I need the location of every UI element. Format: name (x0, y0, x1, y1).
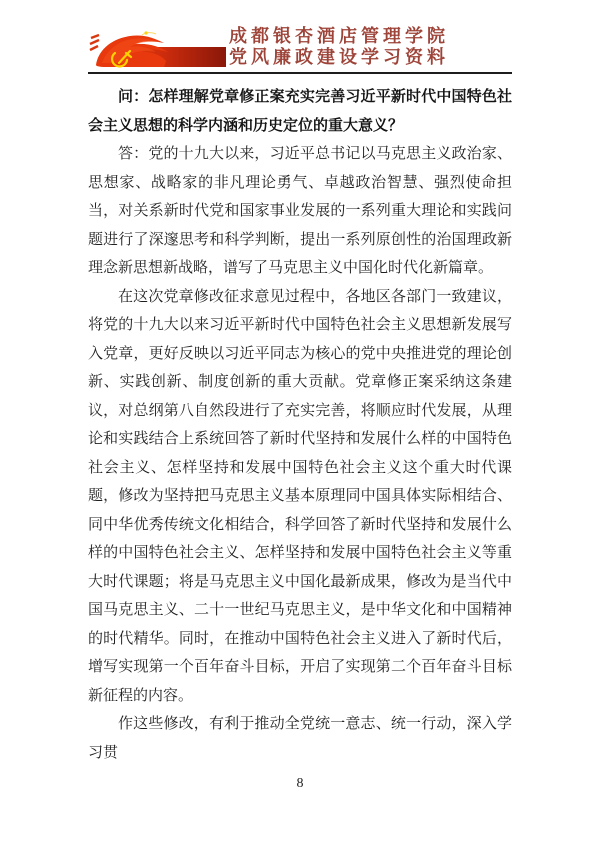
org-name: 成都银杏酒店管理学院 (229, 26, 449, 47)
header-divider (88, 72, 512, 74)
question-heading: 问：怎样理解党章修正案充实完善习近平新时代中国特色社会主义思想的科学内涵和历史定… (88, 83, 512, 140)
document-body: 问：怎样理解党章修正案充实完善习近平新时代中国特色社会主义思想的科学内涵和历史定… (88, 83, 512, 767)
answer-paragraph: 在这次党章修改征求意见过程中，各地区各部门一致建议，将党的十九大以来习近平新时代… (88, 283, 512, 711)
page-number: 8 (0, 776, 600, 792)
letterhead: 成都银杏酒店管理学院 党风廉政建设学习资料 (88, 26, 512, 70)
party-emblem-flame-icon (88, 29, 226, 71)
doc-series-title: 党风廉政建设学习资料 (229, 47, 449, 68)
answer-paragraph: 作这些修改，有利于推动全党统一意志、统一行动，深入学习贯 (88, 710, 512, 767)
answer-paragraph: 答：党的十九大以来，习近平总书记以马克思主义政治家、思想家、战略家的非凡理论勇气… (88, 140, 512, 283)
letterhead-titles: 成都银杏酒店管理学院 党风廉政建设学习资料 (229, 26, 449, 68)
document-page: 成都银杏酒店管理学院 党风廉政建设学习资料 问：怎样理解党章修正案充实完善习近平… (0, 0, 600, 848)
